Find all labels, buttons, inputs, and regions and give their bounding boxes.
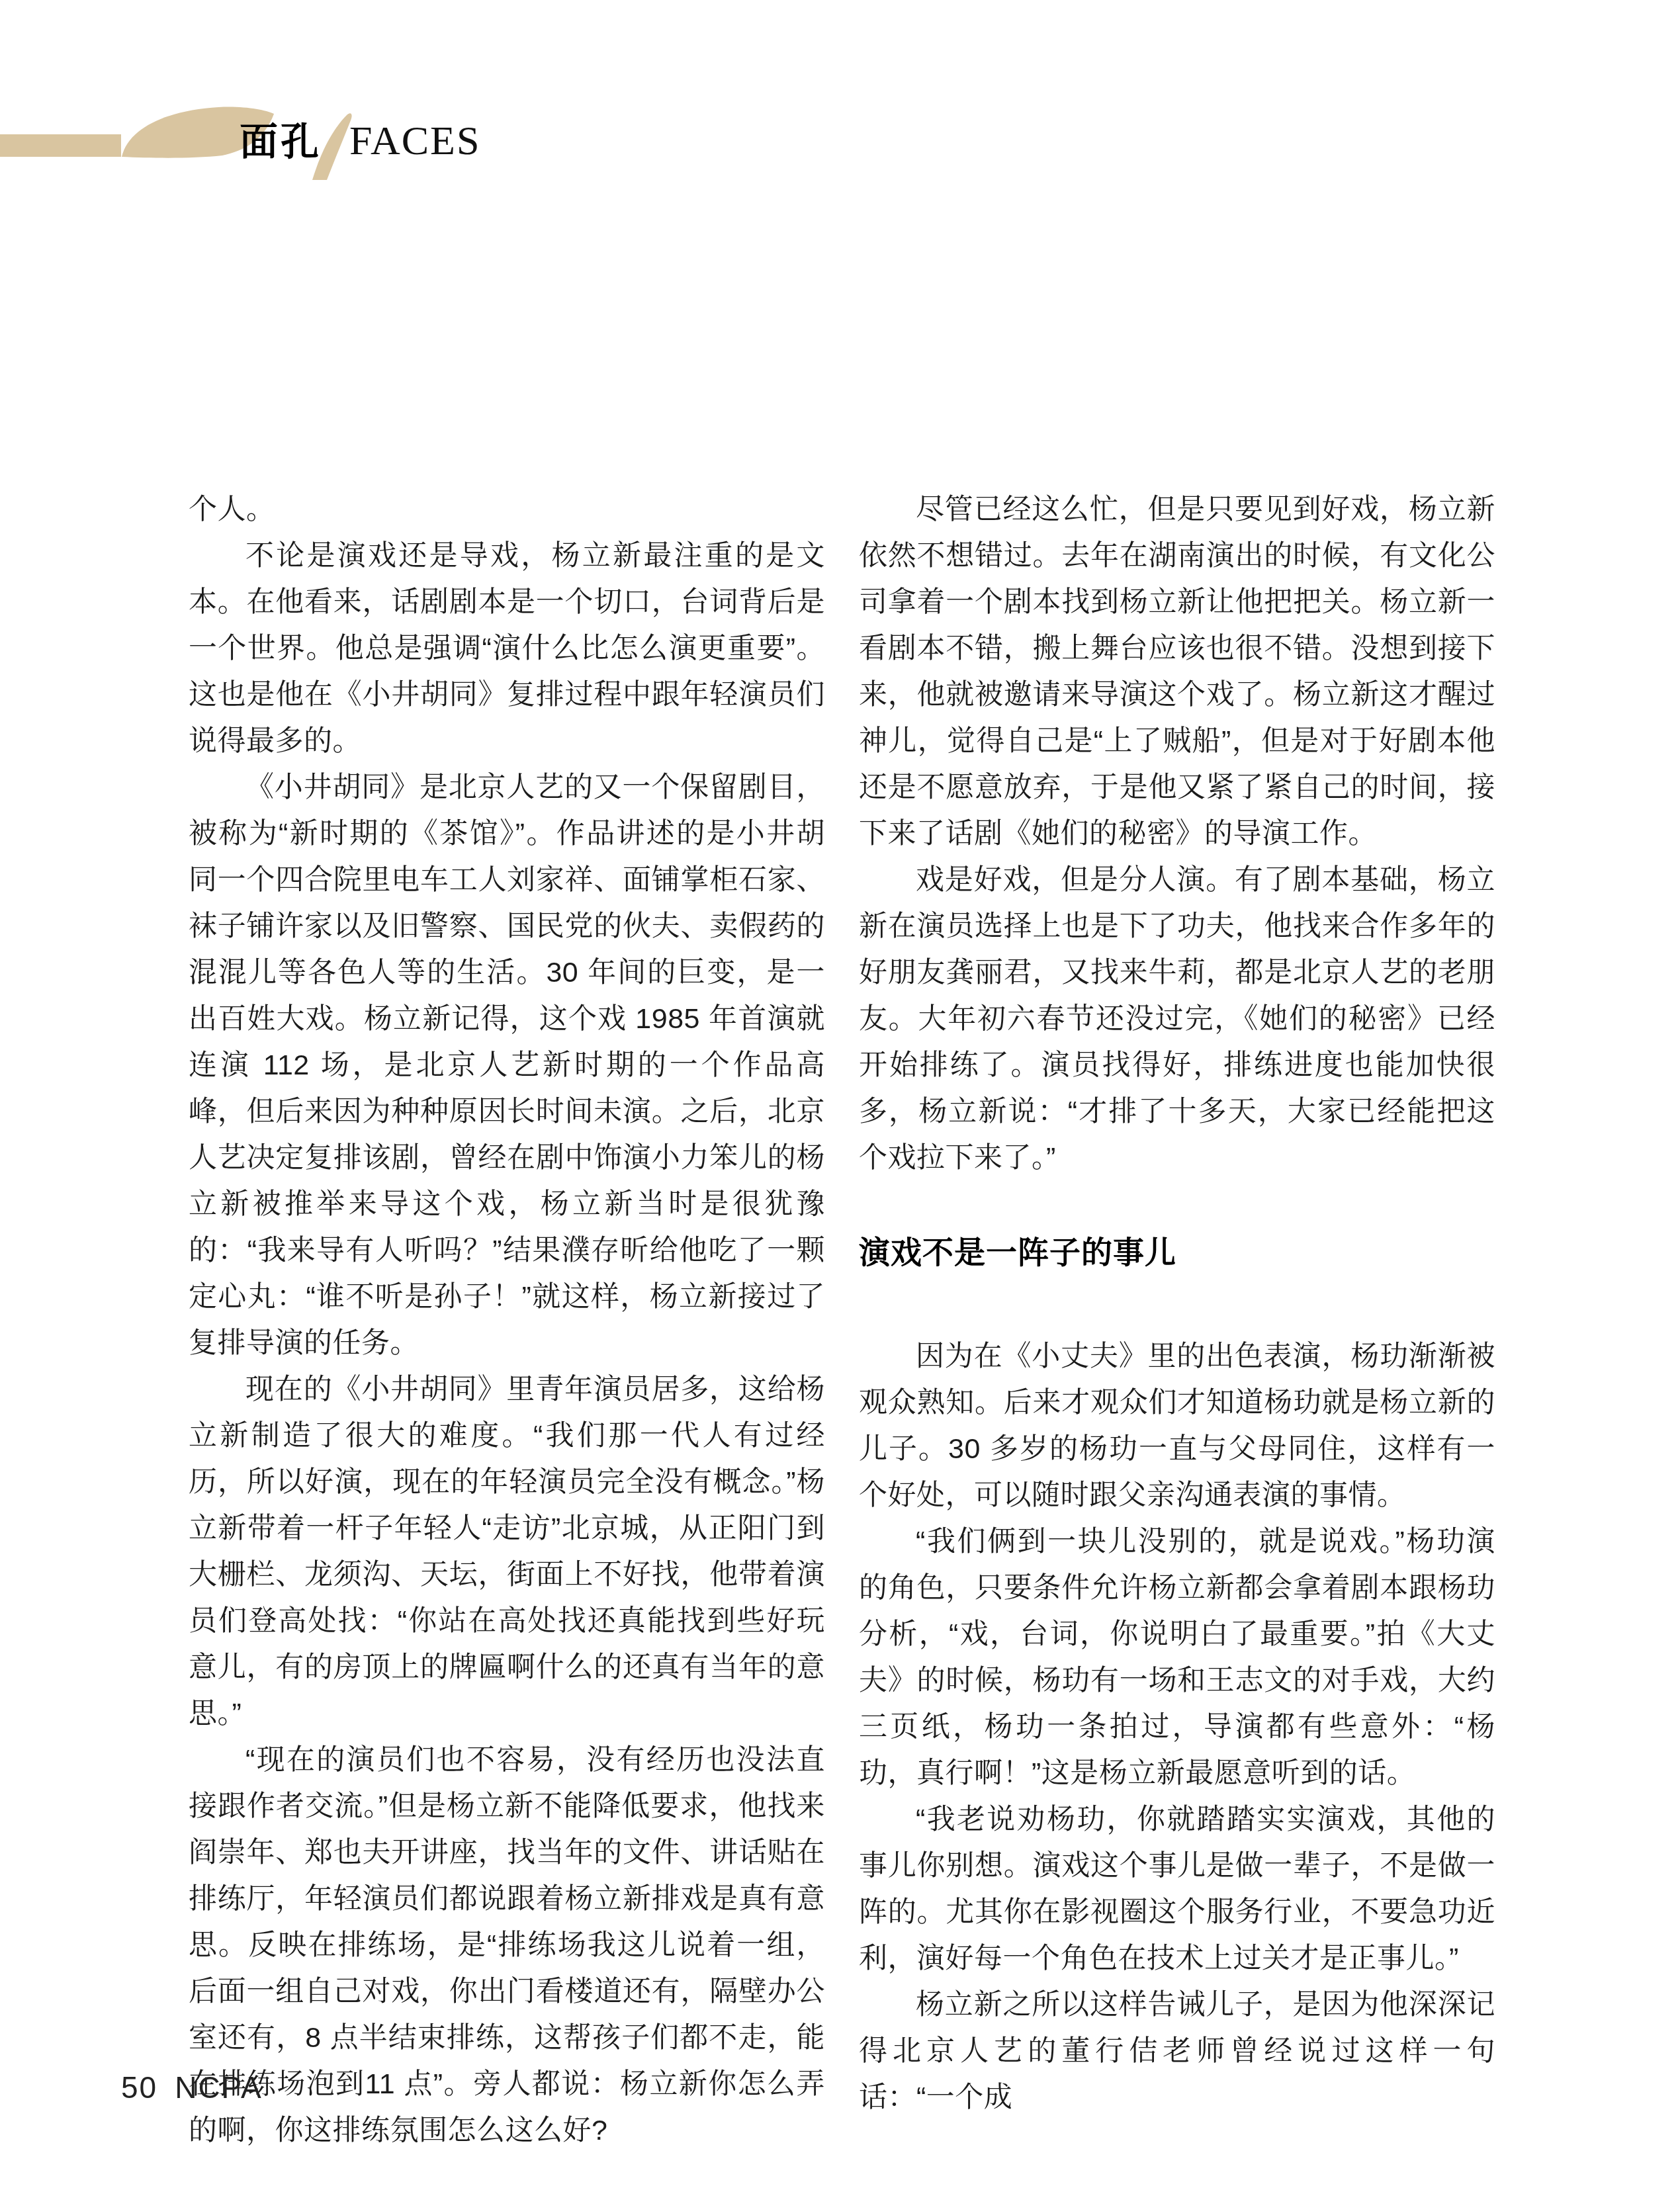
magazine-name: NCPA (175, 2070, 262, 2105)
header-bar (0, 134, 121, 157)
paragraph: 戏是好戏，但是分人演。有了剧本基础，杨立新在演员选择上也是下了功夫，他找来合作多… (859, 857, 1495, 1181)
subsection-heading: 演戏不是一阵子的事儿 (859, 1233, 1495, 1272)
paragraph: 不论是演戏还是导戏，杨立新最注重的是文本。在他看来，话剧剧本是一个切口，台词背后… (189, 533, 825, 764)
paragraph: 杨立新之所以这样告诫儿子，是因为他深深记得北京人艺的董行佶老师曾经说过这样一句话… (859, 1982, 1495, 2121)
section-title-chinese: 面孔 (240, 123, 322, 161)
paragraph: “我老说劝杨玏，你就踏踏实实演戏，其他的事儿你别想。演戏这个事儿是做一辈子，不是… (859, 1796, 1495, 1982)
page-footer: 50NCPA (121, 2070, 263, 2105)
paragraph: 个人。 (189, 486, 825, 533)
paragraph: 《小井胡同》是北京人艺的又一个保留剧目，被称为“新时期的《茶馆》”。作品讲述的是… (189, 764, 825, 1366)
paragraph: “我们俩到一块儿没别的，就是说戏。”杨玏演的角色，只要条件允许杨立新都会拿着剧本… (859, 1518, 1495, 1796)
section-header: 面孔 FACES (0, 99, 503, 192)
page-number: 50 (121, 2070, 157, 2105)
section-title-english: FACES (349, 120, 480, 161)
article-column-left: 个人。 不论是演戏还是导戏，杨立新最注重的是文本。在他看来，话剧剧本是一个切口，… (189, 486, 825, 2154)
paragraph: 现在的《小井胡同》里青年演员居多，这给杨立新制造了很大的难度。“我们那一代人有过… (189, 1366, 825, 1737)
article-column-right: 尽管已经这么忙，但是只要见到好戏，杨立新依然不想错过。去年在湖南演出的时候，有文… (859, 486, 1495, 2121)
paragraph: “现在的演员们也不容易，没有经历也没法直接跟作者交流。”但是杨立新不能降低要求，… (189, 1737, 825, 2154)
paragraph: 尽管已经这么忙，但是只要见到好戏，杨立新依然不想错过。去年在湖南演出的时候，有文… (859, 486, 1495, 857)
magazine-page: 面孔 FACES 个人。 不论是演戏还是导戏，杨立新最注重的是文本。在他看来，话… (0, 0, 1680, 2188)
paragraph: 因为在《小丈夫》里的出色表演，杨玏渐渐被观众熟知。后来才观众们才知道杨玏就是杨立… (859, 1333, 1495, 1518)
